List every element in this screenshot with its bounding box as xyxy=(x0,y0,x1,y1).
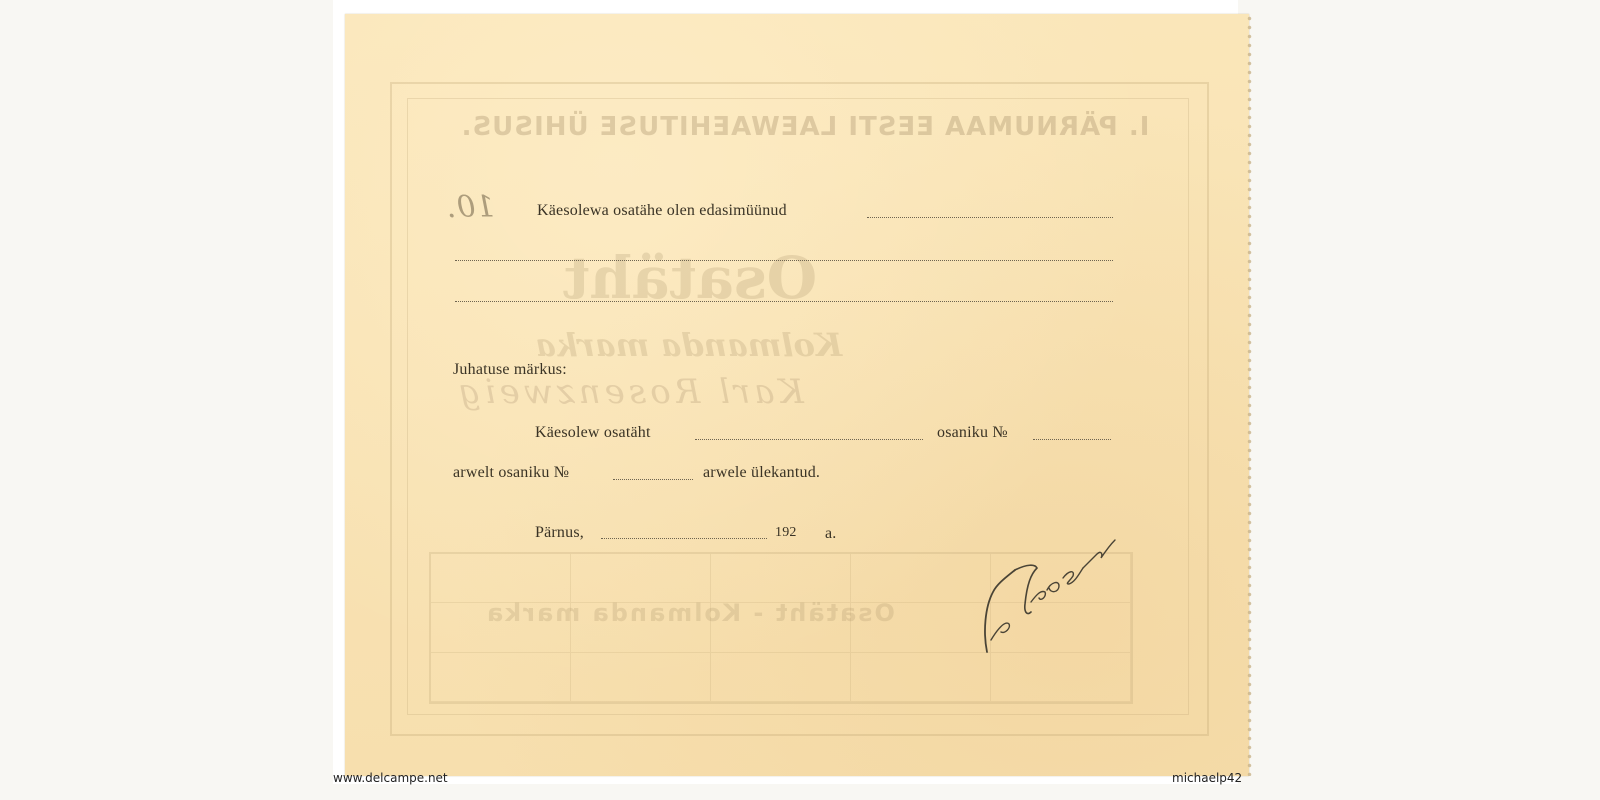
watermark-site: www.delcampe.net xyxy=(333,771,448,785)
sold-to-field-line3 xyxy=(455,301,1113,302)
sold-label: Käesolewa osatähe olen edasimüünud xyxy=(537,202,787,220)
transfer-share-field xyxy=(695,439,923,440)
ghost-certificate-number: 10. xyxy=(447,190,495,225)
year-suffix: a. xyxy=(825,525,837,543)
year-prefix: 192 xyxy=(775,525,797,541)
board-remark-label: Juhatuse märkus: xyxy=(453,361,567,379)
ghost-table-text: Osatäht - Kolmanda marka xyxy=(485,599,895,627)
date-field xyxy=(601,538,767,539)
from-account-label: arwelt osaniku № xyxy=(453,464,569,482)
place-label: Pärnus, xyxy=(535,524,584,542)
ghost-title: I. PÄRNUMAA EESTI LAEWAEHITUSE ÜHISUS. xyxy=(435,112,1175,142)
ghost-subheading: Kolmanda marka xyxy=(535,326,842,364)
shareholder-number-field xyxy=(1033,439,1111,440)
to-account-label: arwele ülekantud. xyxy=(703,464,820,482)
perforated-edge xyxy=(1247,14,1252,776)
from-account-number-field xyxy=(613,479,693,480)
sold-to-field xyxy=(867,217,1113,218)
shareholder-number-label: osaniku № xyxy=(937,424,1008,442)
signature-icon xyxy=(975,512,1135,662)
sold-to-field-line2 xyxy=(455,260,1113,261)
share-certificate-paper: I. PÄRNUMAA EESTI LAEWAEHITUSE ÜHISUS. 1… xyxy=(345,14,1249,776)
watermark-user: michaelp42 xyxy=(1172,771,1242,785)
transfer-label: Käesolew osatäht xyxy=(535,424,651,442)
